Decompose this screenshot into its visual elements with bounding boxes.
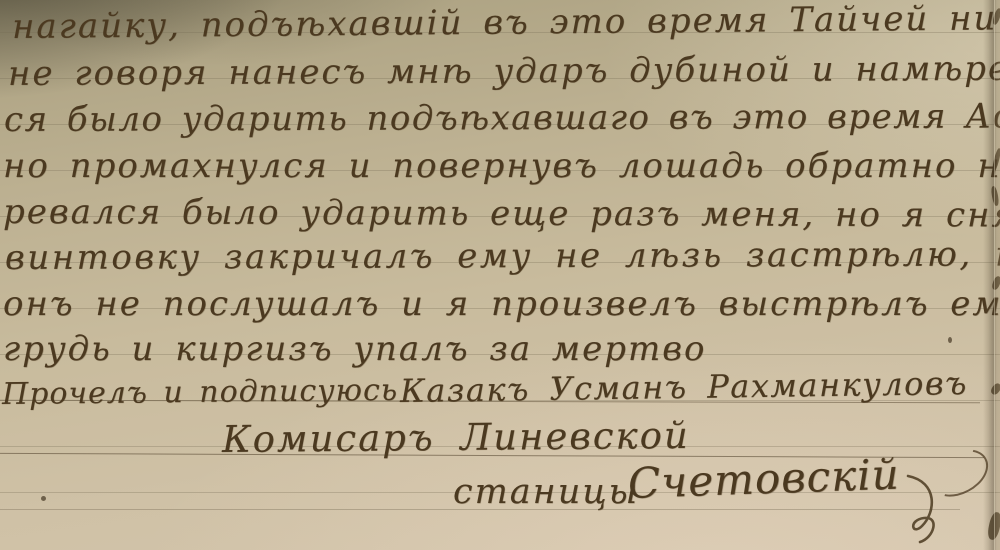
manuscript-line-8: грудь и киргизъ упалъ за мертво (3, 332, 707, 366)
commissar-signature: Счетовскій (627, 454, 900, 505)
manuscript-line-4: но промахнулся и повернувъ лошадь обратн… (3, 149, 1000, 183)
manuscript-line-7: онъ не послушалъ и я произвелъ выстрѣлъ … (3, 287, 1000, 321)
manuscript-line-2: не говоря нанесъ мнѣ ударъ дубиной и нам… (8, 51, 1000, 91)
commissar-title-line: Комисаръ Линевской (222, 417, 690, 458)
manuscript-page: нагайку, подъѣхавшій въ это время Тайчей… (0, 0, 1000, 550)
ink-speck (948, 337, 952, 343)
stanitsa-word: станицы (453, 475, 639, 510)
page-right-edge (983, 0, 1000, 550)
ink-speck (41, 496, 46, 501)
attestation-statement: Прочелъ и подписуюсь (2, 376, 398, 410)
cossack-signature: Казакъ Усманъ Рахманкуловъ (400, 367, 968, 407)
manuscript-line-6: винтовку закричалъ ему не лѣзь застрѣлю,… (5, 237, 1000, 275)
manuscript-line-3: ся было ударить подъѣхавшаго въ это врем… (4, 99, 1000, 137)
manuscript-line-1: нагайку, подъѣхавшій въ это время Тайчей… (12, 1, 1000, 44)
manuscript-line-5: ревался было ударить еще разъ меня, но я… (3, 195, 1000, 233)
